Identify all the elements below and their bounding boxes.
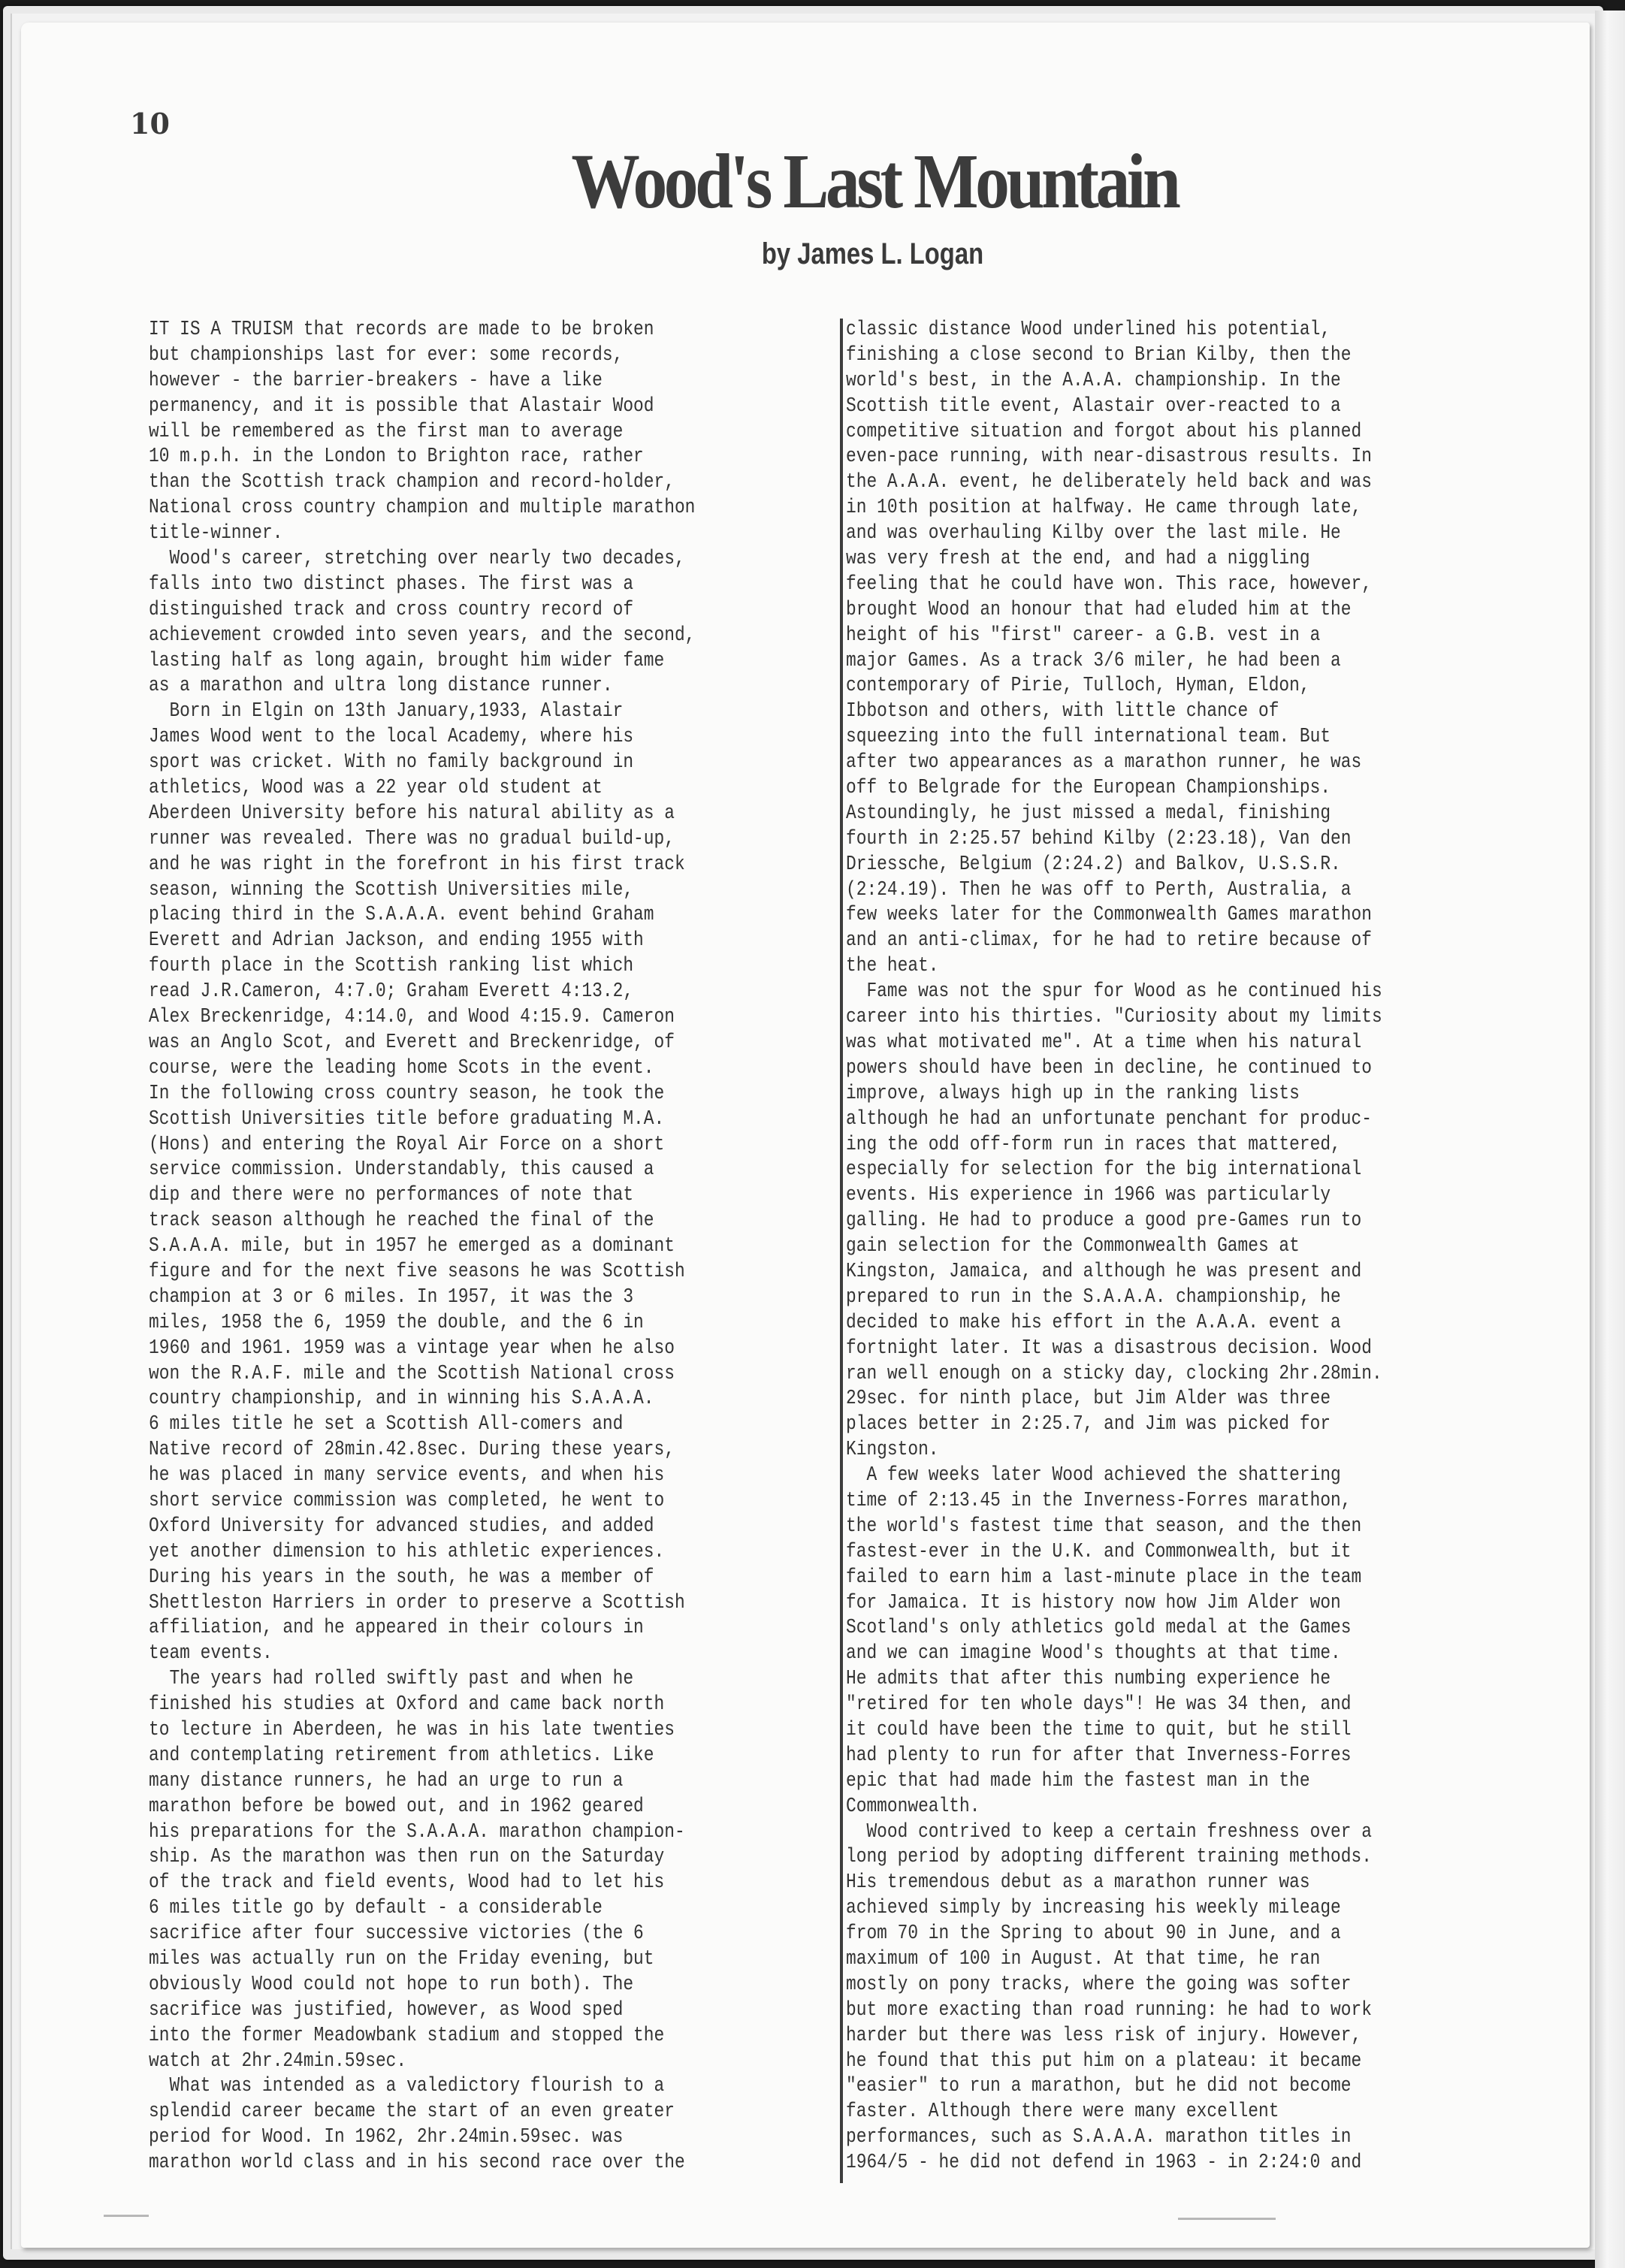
article-text-line: Alex Breckenridge, 4:14.0, and Wood 4:15…	[149, 1004, 730, 1030]
article-text-line: had plenty to run for after that Inverne…	[846, 1743, 1427, 1768]
article-byline: by James L. Logan	[162, 237, 1448, 271]
article-text-line: and an anti-climax, for he had to retire…	[846, 928, 1427, 953]
article-text-line: his preparations for the S.A.A.A. marath…	[149, 1820, 730, 1845]
article-text-line: competitive situation and forgot about h…	[846, 419, 1427, 445]
article-text-line: was an Anglo Scot, and Everett and Breck…	[149, 1030, 730, 1055]
article-text-line: mostly on pony tracks, where the going w…	[846, 1972, 1427, 1998]
article-text-line: His tremendous debut as a marathon runne…	[846, 1870, 1427, 1895]
article-text-line: long period by adopting different traini…	[846, 1844, 1427, 1870]
article-text-line: runner was revealed. There was no gradua…	[149, 826, 730, 852]
article-text-line: champion at 3 or 6 miles. In 1957, it wa…	[149, 1285, 730, 1310]
article-text-line: He admits that after this numbing experi…	[846, 1666, 1427, 1692]
article-text-line: Commonwealth.	[846, 1794, 1427, 1820]
article-text-line: Wood's career, stretching over nearly tw…	[149, 546, 730, 572]
article-text-line: many distance runners, he had an urge to…	[149, 1768, 730, 1794]
magazine-page: 10 Wood's Last Mountain by James L. Loga…	[21, 23, 1590, 2248]
article-text-line: harder but there was less risk of injury…	[846, 2023, 1427, 2049]
article-text-line: Aberdeen University before his natural a…	[149, 801, 730, 826]
article-text-line: the world's fastest time that season, an…	[846, 1514, 1427, 1539]
article-text-line: as a marathon and ultra long distance ru…	[149, 673, 730, 699]
article-text-line: Scotland's only athletics gold medal at …	[846, 1615, 1427, 1641]
article-text-line: achieved simply by increasing his weekly…	[846, 1895, 1427, 1921]
article-text-line: Oxford University for advanced studies, …	[149, 1514, 730, 1539]
article-text-line: Wood contrived to keep a certain freshne…	[846, 1820, 1427, 1845]
paper-edge-shadow	[1595, 11, 1625, 2268]
article-text-line: even-pace running, with near-disastrous …	[846, 444, 1427, 470]
article-text-line: season, winning the Scottish Universitie…	[149, 877, 730, 903]
article-text-line: it could have been the time to quit, but…	[846, 1717, 1427, 1743]
article-text-line: miles, 1958 the 6, 1959 the double, and …	[149, 1310, 730, 1336]
article-text-line: marathon world class and in his second r…	[149, 2150, 730, 2176]
article-text-line: ran well enough on a sticky day, clockin…	[846, 1361, 1427, 1387]
article-text-line: although he had an unfortunate penchant …	[846, 1107, 1427, 1132]
article-text-line: fortnight later. It was a disastrous dec…	[846, 1336, 1427, 1361]
article-text-line: S.A.A.A. mile, but in 1957 he emerged as…	[149, 1234, 730, 1259]
article-text-line: gain selection for the Commonwealth Game…	[846, 1234, 1427, 1259]
article-text-line: ship. As the marathon was then run on th…	[149, 1844, 730, 1870]
article-text-line: Kingston, Jamaica, and although he was p…	[846, 1259, 1427, 1285]
article-text-line: The years had rolled swiftly past and wh…	[149, 1666, 730, 1692]
article-text-line: the A.A.A. event, he deliberately held b…	[846, 470, 1427, 495]
article-text-line: time of 2:13.45 in the Inverness-Forres …	[846, 1488, 1427, 1514]
article-text-line: especially for selection for the big int…	[846, 1157, 1427, 1182]
article-text-line: watch at 2hr.24min.59sec.	[149, 2049, 730, 2074]
article-text-line: contemporary of Pirie, Tulloch, Hyman, E…	[846, 673, 1427, 699]
article-text-line: off to Belgrade for the European Champio…	[846, 775, 1427, 801]
article-column-right: classic distance Wood underlined his pot…	[846, 317, 1522, 2176]
article-text-line: Kingston.	[846, 1437, 1427, 1463]
article-text-line: distinguished track and cross country re…	[149, 597, 730, 623]
article-text-line: sacrifice was justified, however, as Woo…	[149, 1998, 730, 2023]
article-text-line: the heat.	[846, 953, 1427, 979]
article-text-line: 29sec. for ninth place, but Jim Alder wa…	[846, 1386, 1427, 1412]
article-text-line: During his years in the south, he was a …	[149, 1565, 730, 1590]
article-text-line: Astoundingly, he just missed a medal, fi…	[846, 801, 1427, 826]
article-text-line: yet another dimension to his athletic ex…	[149, 1539, 730, 1565]
scan-artifact	[1178, 2218, 1276, 2220]
article-text-line: Native record of 28min.42.8sec. During t…	[149, 1437, 730, 1463]
article-text-line: "retired for ten whole days"! He was 34 …	[846, 1692, 1427, 1717]
article-text-line: read J.R.Cameron, 4:7.0; Graham Everett …	[149, 979, 730, 1004]
article-text-line: feeling that he could have won. This rac…	[846, 572, 1427, 597]
article-text-line: figure and for the next five seasons he …	[149, 1259, 730, 1285]
article-text-line: achievement crowded into seven years, an…	[149, 623, 730, 648]
article-text-line: 1964/5 - he did not defend in 1963 - in …	[846, 2150, 1427, 2176]
article-text-line: miles was actually run on the Friday eve…	[149, 1946, 730, 1972]
column-divider	[840, 319, 843, 2183]
article-text-line: Fame was not the spur for Wood as he con…	[846, 979, 1427, 1004]
page-number: 10	[130, 107, 170, 140]
article-text-line: however - the barrier-breakers - have a …	[149, 368, 730, 394]
article-text-line: world's best, in the A.A.A. championship…	[846, 368, 1427, 394]
article-text-line: 6 miles title he set a Scottish All-come…	[149, 1412, 730, 1437]
article-text-line: he was placed in many service events, an…	[149, 1463, 730, 1488]
article-text-line: but championships last for ever: some re…	[149, 343, 730, 368]
article-text-line: from 70 in the Spring to about 90 in Jun…	[846, 1921, 1427, 1946]
article-text-line: in 10th position at halfway. He came thr…	[846, 495, 1427, 521]
article-text-line: will be remembered as the first man to a…	[149, 419, 730, 445]
article-text-line: Driessche, Belgium (2:24.2) and Balkov, …	[846, 852, 1427, 877]
article-text-line: 10 m.p.h. in the London to Brighton race…	[149, 444, 730, 470]
article-text-line: and contemplating retirement from athlet…	[149, 1743, 730, 1768]
article-text-line: finishing a close second to Brian Kilby,…	[846, 343, 1427, 368]
article-text-line: he found that this put him on a plateau:…	[846, 2049, 1427, 2074]
article-text-line: 1960 and 1961. 1959 was a vintage year w…	[149, 1336, 730, 1361]
article-text-line: performances, such as S.A.A.A. marathon …	[846, 2125, 1427, 2150]
article-text-line: period for Wood. In 1962, 2hr.24min.59se…	[149, 2125, 730, 2150]
article-text-line: height of his "first" career- a G.B. ves…	[846, 623, 1427, 648]
article-text-line: fastest-ever in the U.K. and Commonwealt…	[846, 1539, 1427, 1565]
article-text-line: What was intended as a valedictory flour…	[149, 2073, 730, 2099]
article-column-left: IT IS A TRUISM that records are made to …	[149, 317, 825, 2176]
article-text-line: Scottish Universities title before gradu…	[149, 1107, 730, 1132]
article-text-line: falls into two distinct phases. The firs…	[149, 572, 730, 597]
article-text-line: In the following cross country season, h…	[149, 1081, 730, 1107]
article-text-line: after two appearances as a marathon runn…	[846, 750, 1427, 775]
article-text-line: Shettleston Harriers in order to preserv…	[149, 1590, 730, 1616]
article-text-line: but more exacting than road running: he …	[846, 1998, 1427, 2023]
article-text-line: galling. He had to produce a good pre-Ga…	[846, 1208, 1427, 1234]
article-text-line: Ibbotson and others, with little chance …	[846, 699, 1427, 724]
article-text-line: (2:24.19). Then he was off to Perth, Aus…	[846, 877, 1427, 903]
article-text-line: was what motivated me". At a time when h…	[846, 1030, 1427, 1055]
article-text-line: finished his studies at Oxford and came …	[149, 1692, 730, 1717]
article-text-line: IT IS A TRUISM that records are made to …	[149, 317, 730, 343]
article-text-line: sacrifice after four successive victorie…	[149, 1921, 730, 1946]
article-text-line: improve, always high up in the ranking l…	[846, 1081, 1427, 1107]
article-text-line: dip and there were no performances of no…	[149, 1182, 730, 1208]
article-text-line: Scottish title event, Alastair over-reac…	[846, 394, 1427, 419]
article-text-line: decided to make his effort in the A.A.A.…	[846, 1310, 1427, 1336]
article-title: Wood's Last Mountain	[115, 137, 1495, 226]
article-text-line: and he was right in the forefront in his…	[149, 852, 730, 877]
article-text-line: fourth in 2:25.57 behind Kilby (2:23.18)…	[846, 826, 1427, 852]
article-text-line: faster. Although there were many excelle…	[846, 2099, 1427, 2125]
article-text-line: won the R.A.F. mile and the Scottish Nat…	[149, 1361, 730, 1387]
article-text-line: team events.	[149, 1641, 730, 1666]
article-text-line: title-winner.	[149, 521, 730, 546]
article-text-line: and we can imagine Wood's thoughts at th…	[846, 1641, 1427, 1666]
article-text-line: placing third in the S.A.A.A. event behi…	[149, 902, 730, 928]
article-text-line: epic that had made him the fastest man i…	[846, 1768, 1427, 1794]
article-text-line: maximum of 100 in August. At that time, …	[846, 1946, 1427, 1972]
article-text-line: ing the odd off-form run in races that m…	[846, 1132, 1427, 1158]
article-text-line: splendid career became the start of an e…	[149, 2099, 730, 2125]
article-text-line: short service commission was completed, …	[149, 1488, 730, 1514]
article-text-line: powers should have been in decline, he c…	[846, 1055, 1427, 1081]
article-text-line: country championship, and in winning his…	[149, 1386, 730, 1412]
article-text-line: failed to earn him a last-minute place i…	[846, 1565, 1427, 1590]
article-text-line: squeezing into the full international te…	[846, 724, 1427, 750]
article-text-line: and was overhauling Kilby over the last …	[846, 521, 1427, 546]
article-text-line: to lecture in Aberdeen, he was in his la…	[149, 1717, 730, 1743]
article-text-line: affiliation, and he appeared in their co…	[149, 1615, 730, 1641]
article-text-line: for Jamaica. It is history now how Jim A…	[846, 1590, 1427, 1616]
article-text-line: lasting half as long again, brought him …	[149, 648, 730, 674]
scan-artifact	[104, 2215, 149, 2217]
article-text-line: obviously Wood could not hope to run bot…	[149, 1972, 730, 1998]
article-text-line: athletics, Wood was a 22 year old studen…	[149, 775, 730, 801]
article-text-line: marathon before be bowed out, and in 196…	[149, 1794, 730, 1820]
article-text-line: into the former Meadowbank stadium and s…	[149, 2023, 730, 2049]
article-text-line: of the track and field events, Wood had …	[149, 1870, 730, 1895]
article-text-line: 6 miles title go by default - a consider…	[149, 1895, 730, 1921]
article-text-line: sport was cricket. With no family backgr…	[149, 750, 730, 775]
article-text-line: few weeks later for the Commonwealth Gam…	[846, 902, 1427, 928]
article-text-line: than the Scottish track champion and rec…	[149, 470, 730, 495]
article-text-line: track season although he reached the fin…	[149, 1208, 730, 1234]
article-text-line: was very fresh at the end, and had a nig…	[846, 546, 1427, 572]
article-text-line: James Wood went to the local Academy, wh…	[149, 724, 730, 750]
article-text-line: brought Wood an honour that had eluded h…	[846, 597, 1427, 623]
article-text-line: major Games. As a track 3/6 miler, he ha…	[846, 648, 1427, 674]
article-text-line: "easier" to run a marathon, but he did n…	[846, 2073, 1427, 2099]
article-text-line: places better in 2:25.7, and Jim was pic…	[846, 1412, 1427, 1437]
article-text-line: Born in Elgin on 13th January,1933, Alas…	[149, 699, 730, 724]
article-text-line: classic distance Wood underlined his pot…	[846, 317, 1427, 343]
article-text-line: career into his thirties. "Curiosity abo…	[846, 1004, 1427, 1030]
article-text-line: events. His experience in 1966 was parti…	[846, 1182, 1427, 1208]
article-text-line: course, were the leading home Scots in t…	[149, 1055, 730, 1081]
article-text-line: A few weeks later Wood achieved the shat…	[846, 1463, 1427, 1488]
article-text-line: service commission. Understandably, this…	[149, 1157, 730, 1182]
article-text-line: permanency, and it is possible that Alas…	[149, 394, 730, 419]
article-text-line: National cross country champion and mult…	[149, 495, 730, 521]
article-text-line: prepared to run in the S.A.A.A. champion…	[846, 1285, 1427, 1310]
article-text-line: (Hons) and entering the Royal Air Force …	[149, 1132, 730, 1158]
article-text-line: Everett and Adrian Jackson, and ending 1…	[149, 928, 730, 953]
article-text-line: fourth place in the Scottish ranking lis…	[149, 953, 730, 979]
